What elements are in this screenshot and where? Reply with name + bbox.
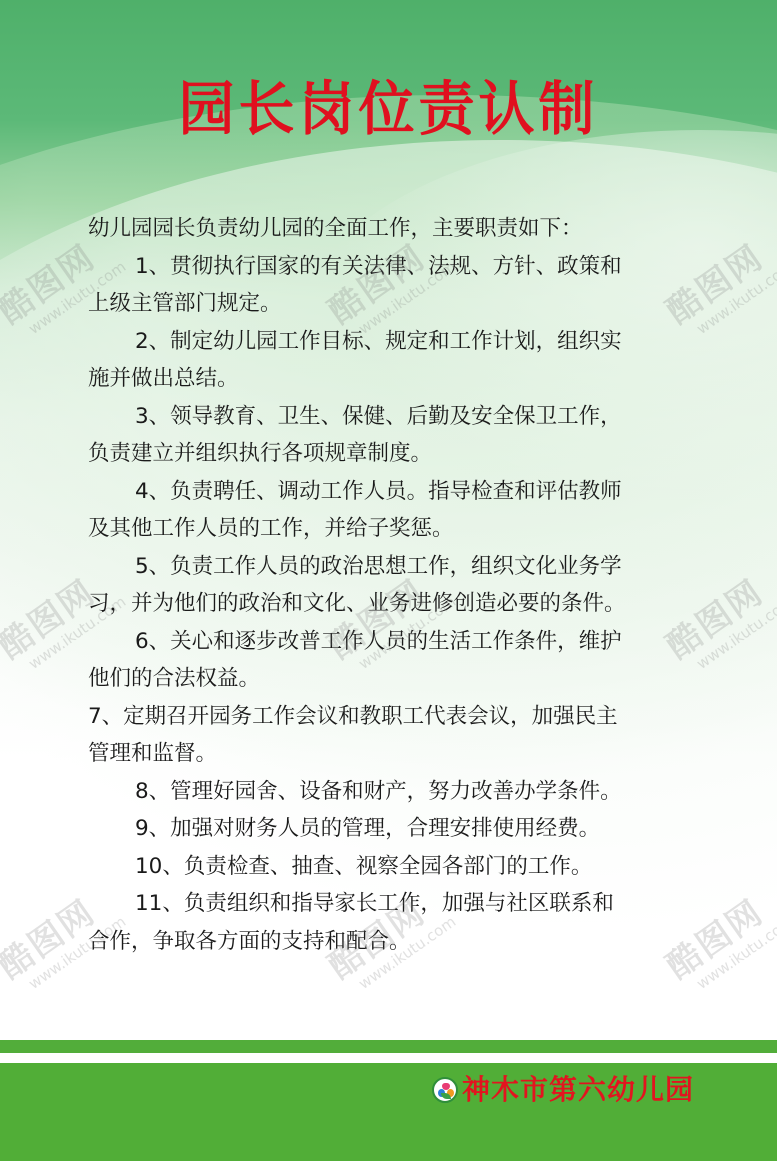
duty-7-line-1: 7、定期召开园务工作会议和教职工代表会议，加强民主 [88,698,698,736]
duty-7-line-2: 管理和监督。 [88,735,698,773]
duty-3-line-2: 负责建立并组织执行各项规章制度。 [88,435,698,473]
duty-5-line-2: 习，并为他们的政治和文化、业务进修创造必要的条件。 [88,585,698,623]
footer-stripe [0,1040,777,1053]
duty-4-line-2: 及其他工作人员的工作，并给子奖惩。 [88,510,698,548]
poster-title: 园长岗位责认制 [0,72,777,148]
duties-body: 幼儿园园长负责幼儿园的全面工作，主要职责如下： 1、贯彻执行国家的有关法律、法规… [88,210,698,960]
intro-line: 幼儿园园长负责幼儿园的全面工作，主要职责如下： [88,210,698,248]
duty-4-line-1: 4、负责聘任、调动工作人员。指导检查和评估教师 [88,473,698,511]
duty-2-line-1: 2、制定幼儿园工作目标、规定和工作计划，组织实 [88,323,698,361]
poster: 园长岗位责认制 幼儿园园长负责幼儿园的全面工作，主要职责如下： 1、贯彻执行国家… [0,0,777,1161]
duty-11-line-2: 合作，争取各方面的支持和配合。 [88,923,698,961]
duty-6-line-2: 他们的合法权益。 [88,660,698,698]
duty-10-line-1: 10、负责检查、抽查、视察全园各部门的工作。 [88,848,698,886]
kindergarten-logo-icon [432,1077,458,1103]
duty-6-line-1: 6、关心和逐步改普工作人员的生活工作条件，维护 [88,623,698,661]
duty-1-line-2: 上级主管部门规定。 [88,285,698,323]
organization-name: 神木市第六幼儿园 [462,1073,694,1107]
duty-3-line-1: 3、领导教育、卫生、保健、后勤及安全保卫工作， [88,398,698,436]
footer-organization: 神木市第六幼儿园 [432,1073,694,1107]
duty-9-line-1: 9、加强对财务人员的管理，合理安排使用经费。 [88,810,698,848]
duty-5-line-1: 5、负责工作人员的政治思想工作，组织文化业务学 [88,548,698,586]
duty-1-line-1: 1、贯彻执行国家的有关法律、法规、方针、政策和 [88,248,698,286]
footer-divider [0,1053,777,1063]
duty-11-line-1: 11、负责组织和指导家长工作，加强与社区联系和 [88,885,698,923]
duty-2-line-2: 施并做出总结。 [88,360,698,398]
duty-8-line-1: 8、管理好园舍、设备和财产，努力改善办学条件。 [88,773,698,811]
